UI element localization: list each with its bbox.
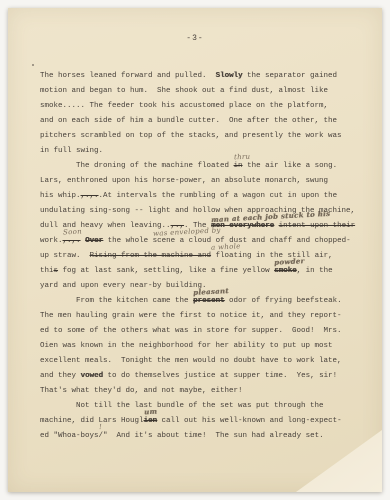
typed-segment: ed to some of the others what was in sto…	[40, 327, 342, 335]
page-number: -3-	[8, 34, 382, 43]
typed-line: and they vowed to do themselves justice …	[40, 369, 370, 384]
typed-segment: The droning of the machine floated	[40, 162, 234, 170]
typed-segment: machine, did Lars Hougl	[40, 417, 144, 425]
typed-segment: call out his well-known and long-expect-	[157, 417, 342, 425]
typed-segment: Not till the last bundle of the set was …	[40, 402, 324, 410]
handwritten-correction: Soon	[62, 228, 81, 237]
typed-text-block: The horses leaned forward and pulled. Sl…	[40, 69, 370, 444]
typed-line: his whip.,.,..At intervals the rumbling …	[40, 189, 370, 204]
typed-segment: motion and began to hum. She shook out a…	[40, 87, 328, 95]
typed-line: The droning of the machine floated inthr…	[40, 159, 370, 174]
typed-line: ed "Whoa-boys/!" And it's about time! Th…	[40, 429, 370, 444]
typed-line: Oien was known in the neighborhood for h…	[40, 339, 370, 354]
typed-line: pitchers scrambled on top of the stacks,…	[40, 129, 370, 144]
typed-segment: and on each side of him a bundle cutter.…	[40, 117, 337, 125]
struck-text: Over	[85, 237, 103, 245]
struck-text: ,.,.Soon	[63, 237, 81, 245]
handwritten-correction: thru	[233, 153, 250, 162]
typed-segment: From the kitchen came the	[40, 297, 193, 305]
typed-line: smoke..... The feeder took his accustome…	[40, 99, 370, 114]
typed-line: excellent meals. Tonight the men would n…	[40, 354, 370, 369]
typed-segment: yard and upon every near-by building.	[40, 282, 207, 290]
typed-line: machine, did Lars Houglienum call out hi…	[40, 414, 370, 429]
typed-segment: odor of frying beefsteak.	[225, 297, 342, 305]
typed-line: Not till the last bundle of the set was …	[40, 399, 370, 414]
typed-segment: , in the	[297, 267, 333, 275]
typed-segment: ed "Whoa-boys	[40, 432, 99, 440]
handwritten-correction: a whole	[211, 242, 241, 252]
typed-segment: vowed	[81, 372, 104, 380]
struck-text: presentpleasant	[193, 297, 225, 305]
typed-line: in full swing.	[40, 144, 370, 159]
typed-segment: in full swing.	[40, 147, 103, 155]
typed-segment: and they	[40, 372, 81, 380]
typed-segment: thi	[40, 267, 54, 275]
typed-segment: Slowly	[216, 72, 243, 80]
paper-speck	[32, 64, 34, 66]
typed-line: ed to some of the others what was in sto…	[40, 324, 370, 339]
typed-segment: to do themselves justice at supper time.…	[103, 372, 337, 380]
typed-segment: scene a cloud of dust and chaff and chop…	[153, 237, 351, 245]
typed-segment: his whip.	[40, 192, 81, 200]
typed-line: work.,.,.Soon Over the whole scene a clo…	[40, 234, 370, 249]
handwritten-correction: !	[98, 423, 102, 431]
struck-text: smokepowder	[274, 267, 297, 275]
typed-segment: work.	[40, 237, 63, 245]
typed-segment: the separator gained	[243, 72, 338, 80]
typed-segment: .At intervals the rumbling of a wagon cu…	[99, 192, 338, 200]
struck-text: inthru	[234, 162, 243, 170]
typed-segment: pitchers scrambled on top of the stacks,…	[40, 132, 342, 140]
typed-segment: Lars, enthroned upon his horse-power, an…	[40, 177, 328, 185]
struck-text: Rising from the machine and	[90, 252, 212, 260]
handwritten-correction: pleasant	[193, 287, 229, 297]
typed-line: up straw. Rising from the machine and fl…	[40, 249, 370, 264]
typed-segment: the whole	[103, 237, 153, 245]
typed-line: and on each side of him a bundle cutter.…	[40, 114, 370, 129]
typed-line: That's what they'd do, and not maybe, ei…	[40, 384, 370, 399]
handwritten-correction: powder	[274, 257, 305, 267]
manuscript-page: -3- The horses leaned forward and pulled…	[8, 8, 382, 492]
typed-segment: the air like a song.	[243, 162, 338, 170]
struck-text: ,.,.	[81, 192, 99, 200]
typed-segment: The horses leaned forward and pulled.	[40, 72, 216, 80]
typed-segment: That's what they'd do, and not maybe, ei…	[40, 387, 243, 395]
typed-line: Lars, enthroned upon his horse-power, an…	[40, 174, 370, 189]
typed-segment: smoke..... The feeder took his accustome…	[40, 102, 328, 110]
handwritten-correction: um	[143, 408, 157, 417]
typed-segment: dull and heavy when leaving..	[40, 222, 171, 230]
typed-line: The horses leaned forward and pulled. Sl…	[40, 69, 370, 84]
typed-segment	[274, 222, 279, 230]
typed-segment: " And it's about time! The sun had alrea…	[103, 432, 324, 440]
typed-line: motion and began to hum. She shook out a…	[40, 84, 370, 99]
struck-text: ienum	[144, 417, 158, 425]
typed-segment: floating in the still air,a whole	[211, 252, 333, 260]
typed-segment: Oien was known in the neighborhood for h…	[40, 342, 333, 350]
typed-segment: excellent meals. Tonight the men would n…	[40, 357, 342, 365]
typed-segment: up straw.	[40, 252, 90, 260]
typed-segment: The men hauling grain were the first to …	[40, 312, 342, 320]
typed-segment: fog at last sank, settling, like a fine …	[58, 267, 274, 275]
typed-line: this fog at last sank, settling, like a …	[40, 264, 370, 279]
typed-line: The men hauling grain were the first to …	[40, 309, 370, 324]
struck-text: intent upon their	[279, 222, 356, 230]
typed-line: From the kitchen came the presentpleasan…	[40, 294, 370, 309]
